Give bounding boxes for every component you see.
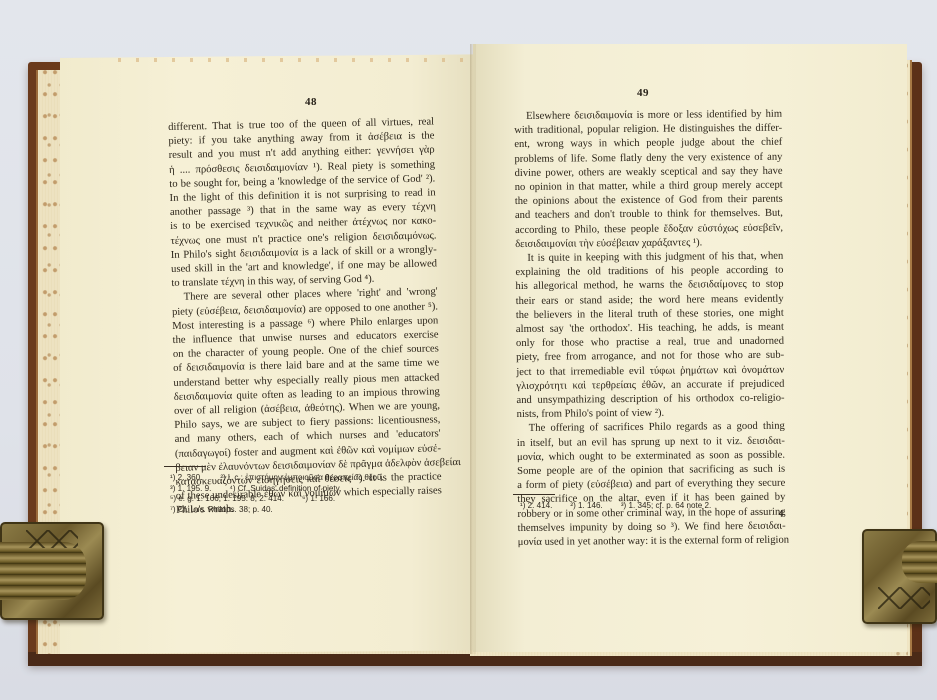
footnote-line: ¹) 2. 414.²) 1. 146.³) 1. 345; cf. p. 64… [520, 501, 790, 512]
footnote: ⁶) 1. 166. [302, 494, 335, 503]
footnote-line: ⁷) Cf. Luc. Philops. 38; p. 40. [170, 505, 400, 516]
foxing-top-edge [118, 58, 473, 62]
right-page-body: Elsewhere δεισιδαιμονία is more or less … [514, 108, 786, 551]
left-footnote-rule [164, 466, 206, 467]
right-brass-page-holder [862, 529, 937, 624]
footnote-line: ¹) 2. 360.²) l. c.: ἐπιστήμην ἐμποιοῦσα … [170, 473, 400, 484]
photo-scene: 48 different. That is true too of the qu… [0, 0, 937, 700]
left-brass-page-holder [0, 522, 104, 620]
right-footnotes: ¹) 2. 414.²) 1. 146.³) 1. 345; cf. p. 64… [520, 501, 790, 512]
brass-hand-icon [902, 541, 937, 583]
footnote: ¹) 2. 414. [520, 501, 552, 510]
book-gutter [470, 44, 476, 654]
footnote: ¹) 2. 360. [170, 473, 202, 482]
footnote: ³) 1. 195. 9. [170, 484, 211, 493]
brass-hand-icon [0, 542, 86, 600]
footnote-line: ³) 1. 195. 9.⁴) Cf. Suidas' definition o… [170, 484, 400, 495]
footnote: ⁷) Cf. Luc. Philops. 38; p. 40. [170, 505, 273, 514]
footnote: ⁵) e. g. 1. 166; 1. 195. 8; 2. 414. [170, 494, 284, 503]
left-footnotes: ¹) 2. 360.²) l. c.: ἐπιστήμην ἐμποιοῦσα … [170, 473, 400, 515]
footnote: ³) 1. 345; cf. p. 64 note 2. [621, 501, 711, 510]
footnote: ²) 1. 146. [570, 501, 602, 510]
signature-mark: 4 [779, 509, 783, 518]
footnote: ⁴) Cf. Suidas' definition of piety. [229, 484, 341, 493]
right-page-number: 49 [637, 87, 649, 99]
left-page-body: different. That is true too of the queen… [168, 115, 442, 518]
right-footnote-rule [513, 494, 555, 495]
cross-hatch-ornament [26, 530, 78, 548]
text-line: and unsympathizing description of his or… [516, 392, 784, 409]
footnote: ²) l. c.: ἐπιστήμην ἐμποιοῦσα θεραπείας … [220, 473, 383, 482]
text-line: μονία used in yet another way: it is the… [518, 534, 786, 551]
text-line: according to Philo, these people ἔδοξαν … [515, 221, 783, 238]
left-page-number: 48 [305, 96, 317, 108]
cross-hatch-ornament [878, 587, 930, 609]
footnote-line: ⁵) e. g. 1. 166; 1. 195. 8; 2. 414.⁶) 1.… [170, 494, 400, 505]
